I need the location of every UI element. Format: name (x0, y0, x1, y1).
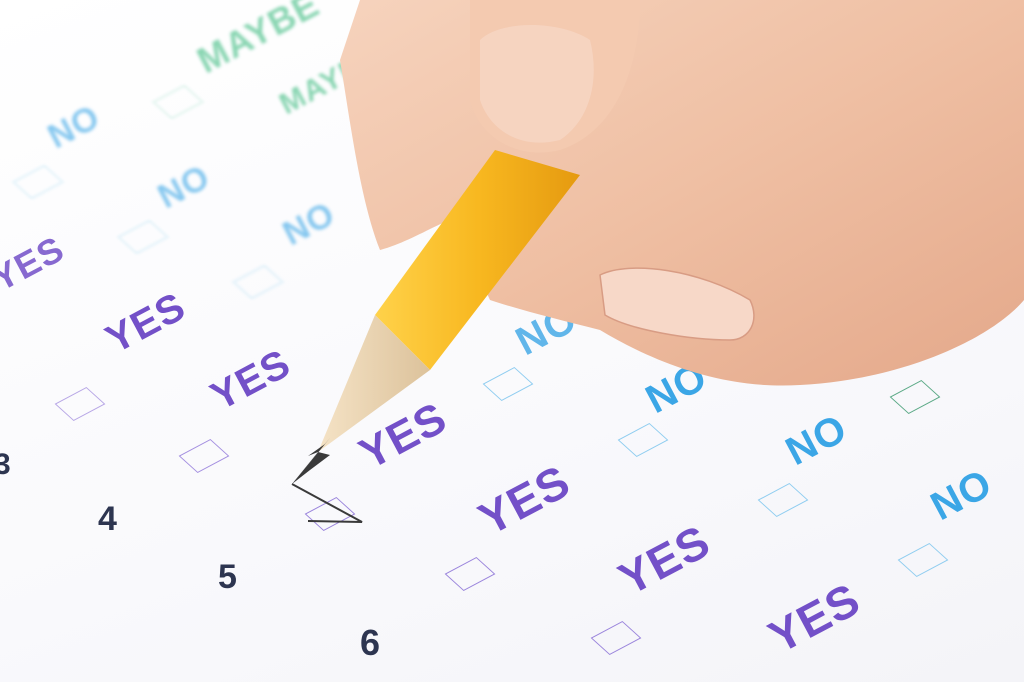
photo-scene: MAYBE NO NO NO MAYBE YES YES YES YES YES… (0, 0, 1024, 682)
hand-with-pencil (0, 0, 1024, 682)
